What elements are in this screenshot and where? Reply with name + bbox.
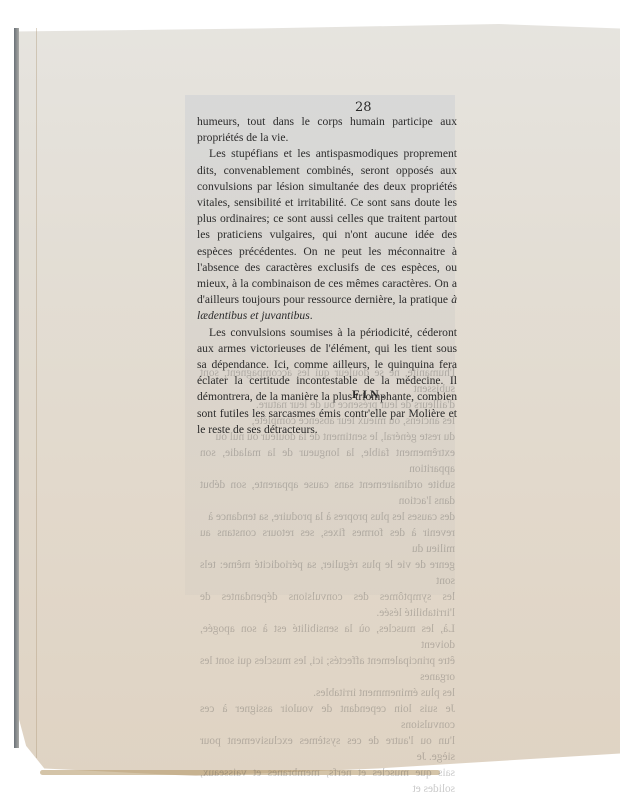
- show-through-line: sais que muscles et nerfs, membranes et …: [200, 765, 455, 797]
- show-through-line: l'un ou l'autre de ces systèmes exclusiv…: [200, 733, 455, 765]
- show-through-line: des causes les plus propres à la produir…: [200, 509, 455, 525]
- paragraph-2: Les stupéfians et les antispasmodiques p…: [197, 146, 457, 324]
- show-through-line: les symptômes des convulsions dépendante…: [200, 589, 455, 621]
- page-fold-line: [36, 28, 37, 758]
- paragraph-1: humeurs, tout dans le corps humain parti…: [197, 114, 457, 146]
- paragraph-3: Les convulsions soumises à la périodicit…: [197, 325, 457, 438]
- show-through-line: Là, les muscles, où la sensibilité est à…: [200, 621, 455, 653]
- show-through-line: revenir à des formes fixes, ses retours …: [200, 525, 455, 557]
- show-through-line: les plus éminemment irritables.: [200, 685, 455, 701]
- show-through-line: extrêmement faible, la longueur de la ma…: [200, 445, 455, 477]
- body-text: humeurs, tout dans le corps humain parti…: [197, 114, 457, 438]
- end-mark: FIN.: [352, 387, 388, 402]
- show-through-line: subite ordinairement sans cause apparent…: [200, 477, 455, 509]
- page-spine-edge: [14, 28, 19, 748]
- show-through-line: être principalement affectés; ici, les m…: [200, 653, 455, 685]
- show-through-line: Je suis loin cependant de vouloir assign…: [200, 701, 455, 733]
- show-through-line: genre de vie le plus régulier, sa périod…: [200, 557, 455, 589]
- page-number: 28: [355, 100, 372, 115]
